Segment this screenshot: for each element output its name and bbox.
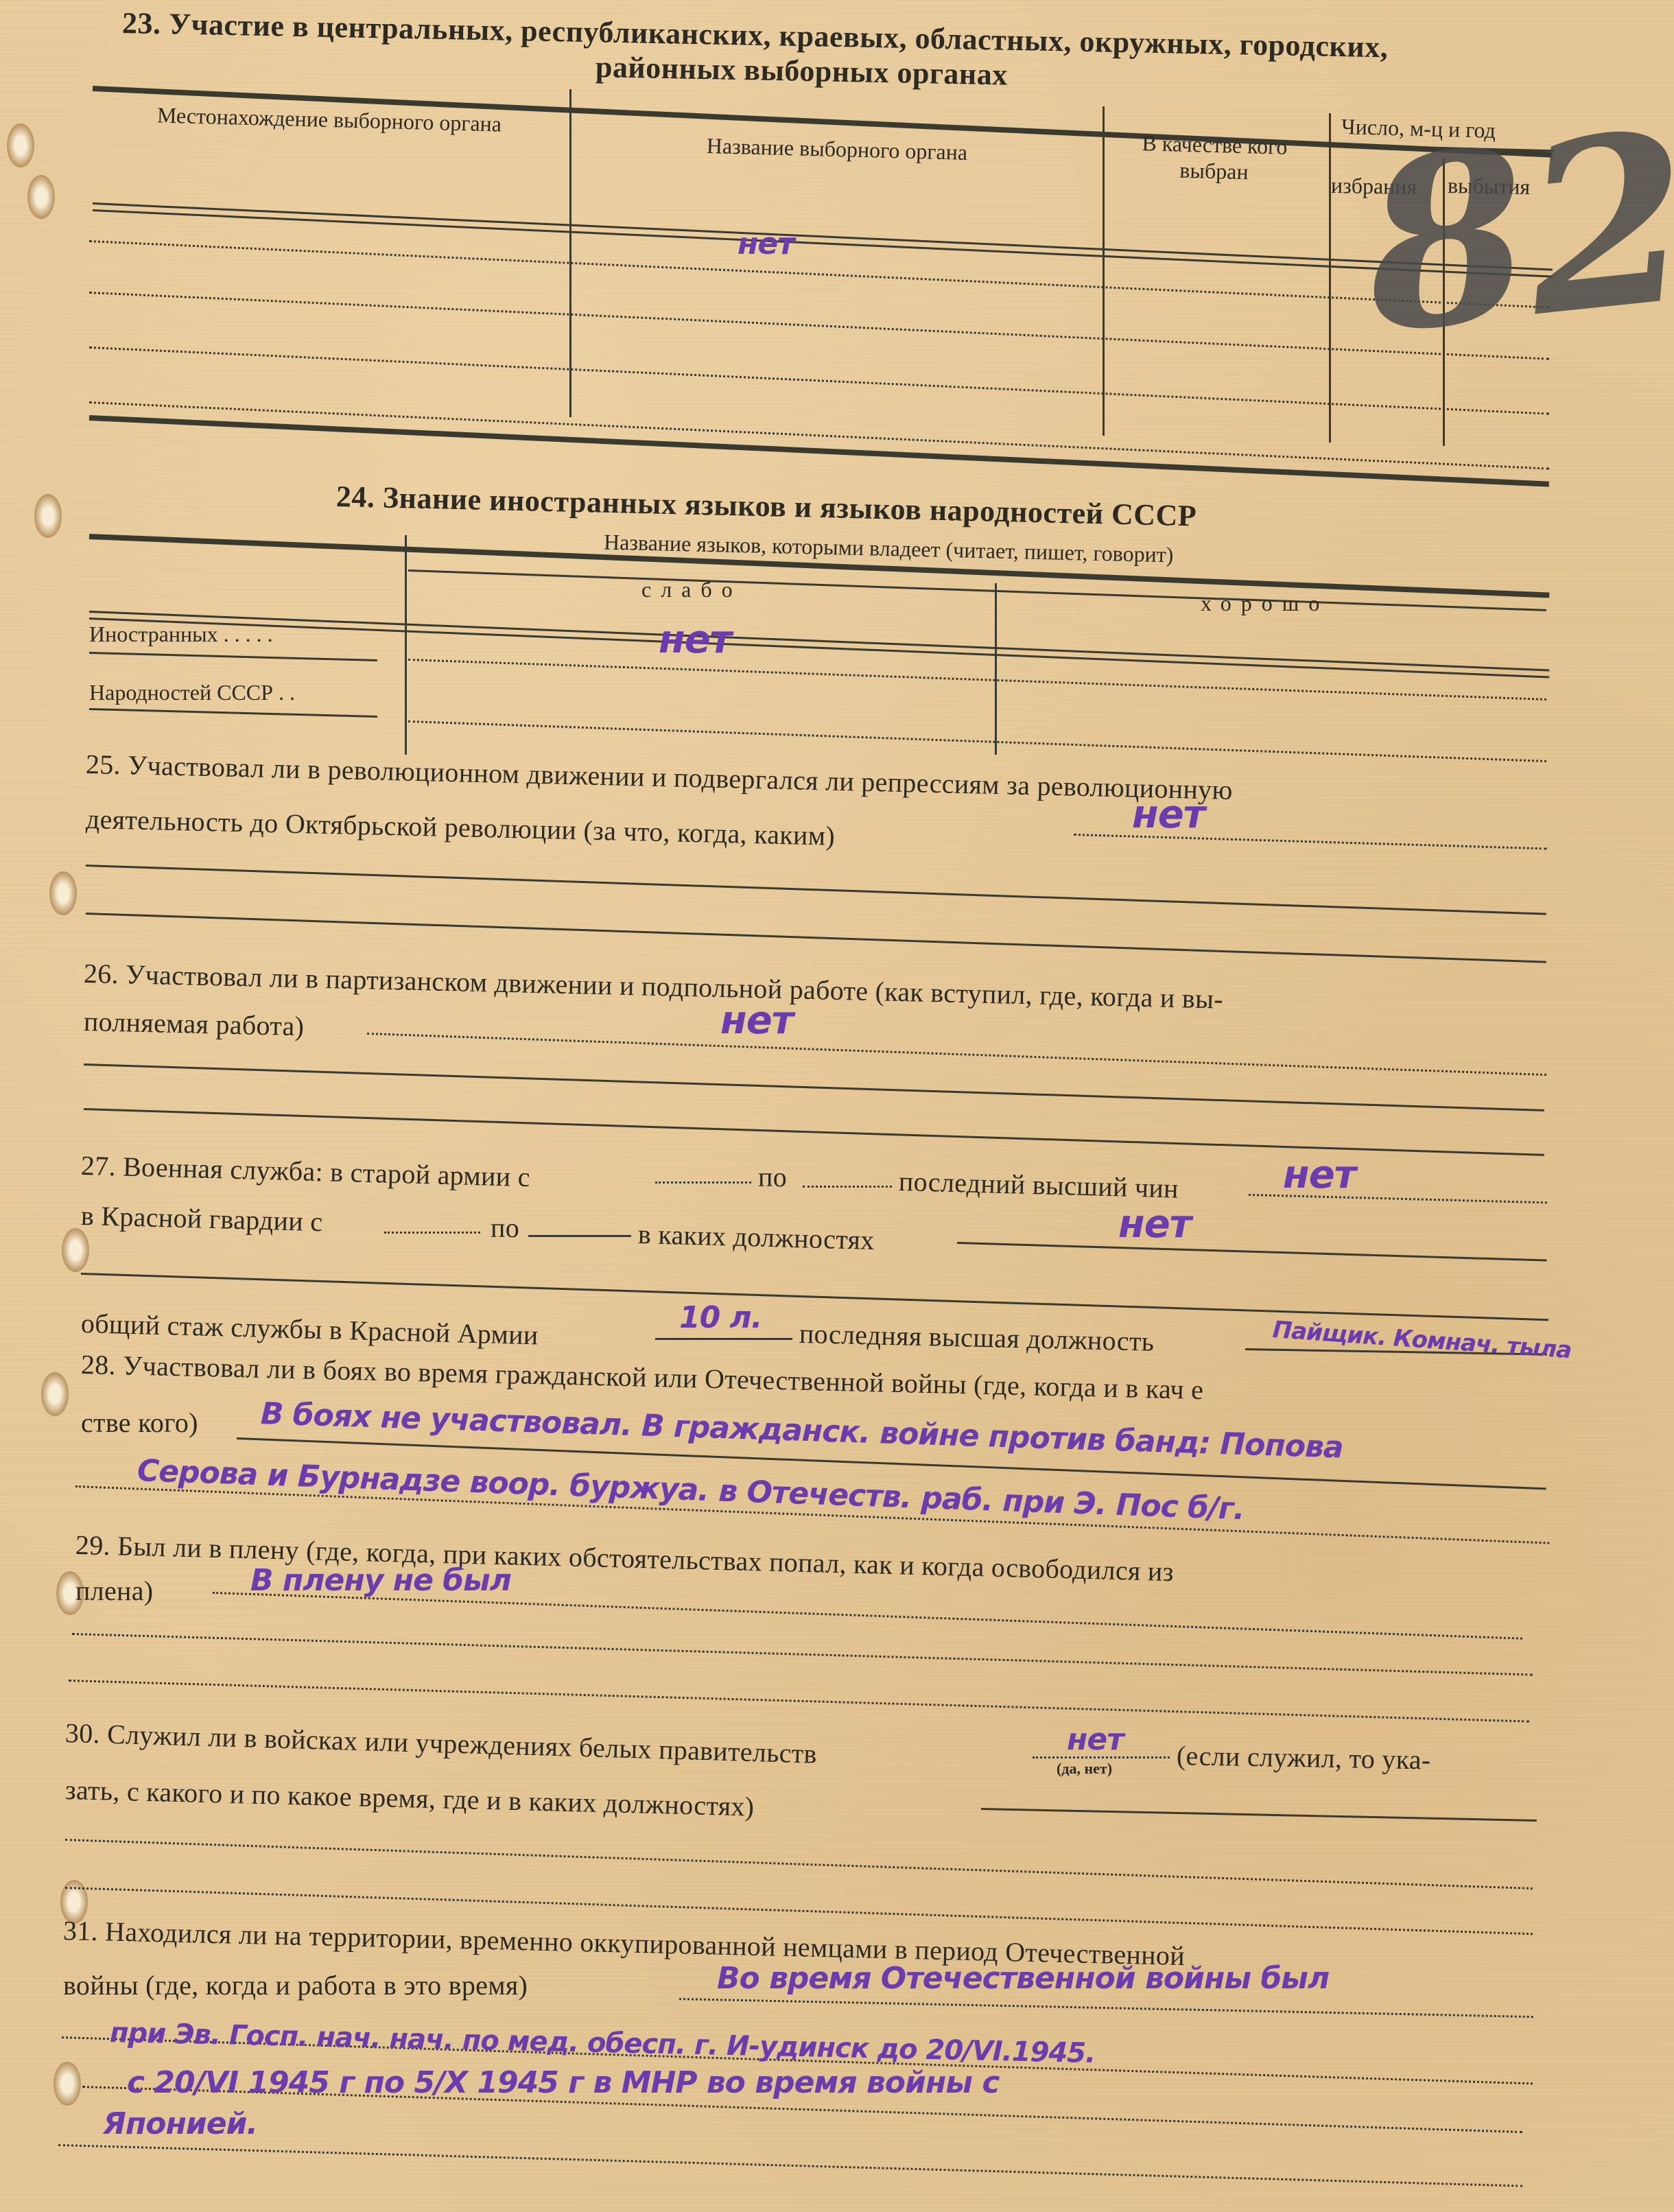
binder-hole	[34, 494, 62, 538]
answer-line	[84, 1108, 1544, 1156]
row-rule	[89, 652, 377, 661]
section-28-question-cont: стве кого)	[81, 1407, 198, 1439]
answer-line	[58, 2144, 1522, 2187]
section-30-question-tail: (если служил, то ука-	[1177, 1739, 1431, 1776]
occupation-answer-line3: с 20/VI 1945 г по 5/X 1945 г в МНР во вр…	[127, 2065, 999, 2100]
answer-handwritten: нет	[720, 998, 793, 1043]
header-bottom-rule	[93, 202, 1553, 271]
col-header-good: хорошо	[1201, 590, 1329, 616]
row-rule	[89, 708, 377, 718]
positions-label: в каких должностях	[637, 1218, 875, 1257]
row-label-ussr: Народностей СССР . .	[89, 679, 295, 705]
last-rank-answer: нет	[1283, 1153, 1356, 1197]
section-29-question: 29. Был ли в плену (где, когда, при каки…	[75, 1529, 1174, 1588]
binder-hole	[27, 175, 55, 219]
answer-line	[65, 1839, 1533, 1890]
red-army-service-label: общий стаж службы в Красной Армии	[80, 1307, 539, 1352]
section-23-title-cont: районных выборных органах	[596, 49, 1009, 93]
section-30-question-cont: зать, с какого и по какое время, где и в…	[64, 1774, 755, 1824]
column-divider	[1329, 113, 1331, 443]
red-army-service-field	[655, 1338, 792, 1340]
answer-handwritten: нет	[659, 617, 731, 662]
last-rank-label: последний высший чин	[898, 1165, 1179, 1205]
positions-field	[957, 1242, 1547, 1262]
header-bottom-rule	[93, 209, 1553, 278]
header-bottom-rule	[89, 617, 1549, 678]
last-position-label: последняя высшая должность	[799, 1317, 1154, 1358]
answer-line	[84, 1063, 1544, 1111]
answer-line	[367, 1033, 1546, 1076]
binder-hole	[7, 123, 34, 167]
red-guard-to-field	[528, 1235, 631, 1237]
col-header-name: Название выборного органа	[617, 130, 1057, 168]
col-header-weak: слабо	[641, 576, 742, 602]
section-28-question: 28. Участвовал ли в боях во время гражда…	[80, 1348, 1203, 1407]
row-label-foreign: Иностранных . . . . .	[89, 621, 273, 647]
section-25-question-cont: деятельность до Октябрьской революции (з…	[85, 803, 835, 853]
binder-hole	[41, 1372, 69, 1416]
red-guard-to-label: по	[491, 1212, 519, 1245]
header-bottom-rule	[89, 611, 1549, 671]
answer-line	[69, 1680, 1529, 1722]
old-army-to-field	[803, 1186, 892, 1188]
binder-hole	[62, 1228, 89, 1272]
positions-answer: нет	[1118, 1202, 1191, 1247]
battles-answer-line1: В боях не участвовал. В гражданск. войне…	[260, 1396, 1343, 1466]
occupation-answer-line4: Японией.	[103, 2106, 257, 2141]
page-number-pencil: 82	[1354, 100, 1674, 366]
section-26-question: 26. Участвовал ли в партизанском движени…	[83, 957, 1223, 1016]
section-26-question-cont: полняемая работа)	[83, 1005, 304, 1043]
binder-hole	[54, 2062, 81, 2106]
answer-handwritten: нет	[1132, 792, 1205, 837]
column-divider	[995, 583, 997, 755]
occupation-answer-line2: при Эв. Госп. нач. нач. по мед. обесп. г…	[110, 2017, 1096, 2069]
answer-line	[981, 1808, 1537, 1822]
binder-hole	[49, 871, 77, 915]
section-25-question: 25. Участвовал ли в революционном движен…	[85, 748, 1233, 807]
last-position-answer: Пайщик. Комнач. тыла	[1272, 1316, 1572, 1364]
yes-no-hint: (да, нет)	[1057, 1760, 1112, 1778]
column-divider	[405, 535, 407, 755]
answer-line	[679, 1998, 1533, 2018]
section-27-old-army-label: 27. Военная служба: в старой армии с	[80, 1149, 530, 1194]
red-guard-label: в Красной гвардии с	[80, 1199, 323, 1238]
red-guard-from-field	[384, 1232, 480, 1234]
occupation-answer-line1: Во время Отечественной войны был	[717, 1961, 1329, 1996]
captivity-answer: В плену не был	[250, 1563, 511, 1598]
answer-line	[86, 913, 1546, 963]
answer-line	[213, 1592, 1522, 1640]
section-30-question: 30. Служил ли в войсках или учреждениях …	[64, 1717, 817, 1771]
section-31-question-cont: войны (где, когда и работа в это время)	[63, 1969, 528, 2002]
old-army-from-field	[655, 1181, 751, 1184]
white-service-answer: нет	[1067, 1722, 1124, 1757]
answer-line	[72, 1633, 1533, 1675]
col-header-capacity: В качестве кого выбран	[1111, 129, 1318, 187]
column-divider	[1103, 106, 1105, 436]
section-24-title: 24. Знание иностранных языков и языков н…	[335, 479, 1196, 533]
red-army-service-answer: 10 л.	[679, 1300, 762, 1335]
answer-handwritten: нет	[738, 226, 794, 261]
row-rule	[408, 659, 1546, 701]
section-29-question-cont: плена)	[75, 1575, 153, 1608]
battles-answer-line2: Серова и Бурнадзе воор. буржуа. в Отечес…	[137, 1453, 1245, 1527]
old-army-to-label: по	[758, 1161, 787, 1194]
row-rule	[408, 720, 1546, 762]
answer-line	[86, 864, 1546, 915]
